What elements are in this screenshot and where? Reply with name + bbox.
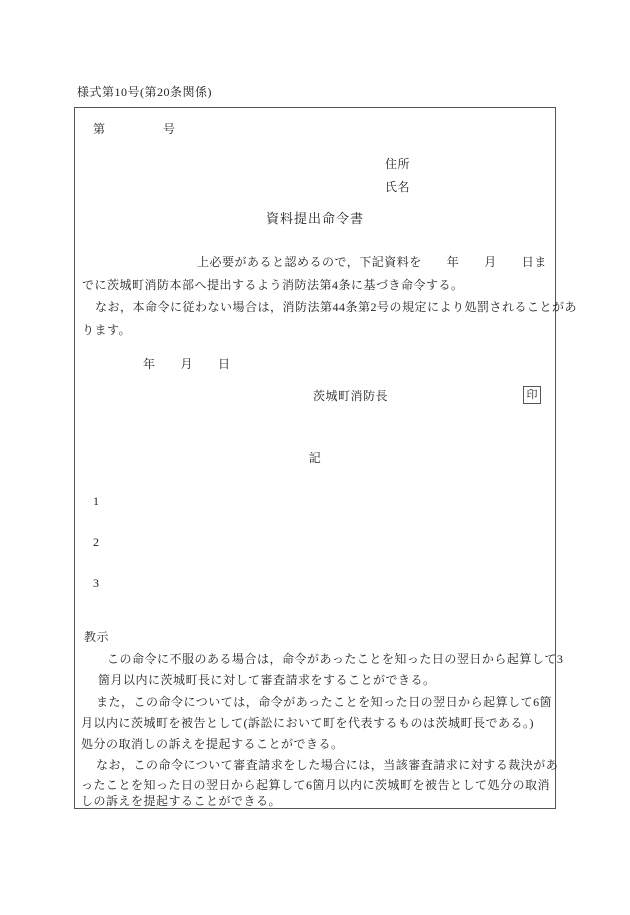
form-number-label: 様式第10号(第20条関係) [77,85,212,99]
issue-date-line: 年 月 日 [143,357,231,371]
order-body-line-2: でに茨城町消防本部へ提出するよう消防法第4条に基づき命令する。 [82,278,464,292]
notice-line-8: しの訴えを提起することができる。 [81,794,281,808]
seal-stamp-box: 印 [523,386,541,404]
item-number-2: 2 [93,535,100,549]
document-title: 資料提出命令書 [74,211,556,227]
seal-stamp-label: 印 [527,390,538,401]
recipient-name-label: 氏名 [385,180,410,194]
notice-line-4: 月以内に茨城町を被告として(訴訟において町を代表するものは茨城町長である。) [81,716,534,730]
recipient-address-label: 住所 [385,157,410,171]
order-body-line-1: 上必要があると認めるので，下記資料を 年 月 日ま [197,255,547,269]
notice-line-1: この命令に不服のある場合は，命令があったことを知った日の翌日から起算して3 [107,652,563,666]
notice-line-3: また，この命令については，命令があったことを知った日の翌日から起算して6箇 [96,695,552,709]
item-number-1: 1 [93,494,100,508]
issuer-name: 茨城町消防長 [313,389,388,403]
item-number-3: 3 [93,576,100,590]
doc-number-suffix: 号 [163,122,176,136]
notice-heading: 教示 [84,630,109,644]
notice-line-6: なお，この命令について審査請求をした場合には，当該審査請求に対する裁決があ [96,758,558,772]
order-body-line-3: なお，本命令に従わない場合は，消防法第44条第2号の規定により処罰されることがあ [95,300,577,314]
notice-line-7: ったことを知った日の翌日から起算して6箇月以内に茨城町を被告として処分の取消 [81,778,550,792]
document-page: 様式第10号(第20条関係) 第 号 住所 氏名 資料提出命令書 上必要があると… [0,0,630,915]
notice-line-5: 処分の取消しの訴えを提起することができる。 [81,737,344,751]
doc-number-prefix: 第 [93,122,106,136]
notice-line-2: 箇月以内に茨城町長に対して審査請求をすることができる。 [98,673,436,687]
order-body-line-4: ります。 [82,323,131,337]
ki-heading: 記 [74,451,556,465]
